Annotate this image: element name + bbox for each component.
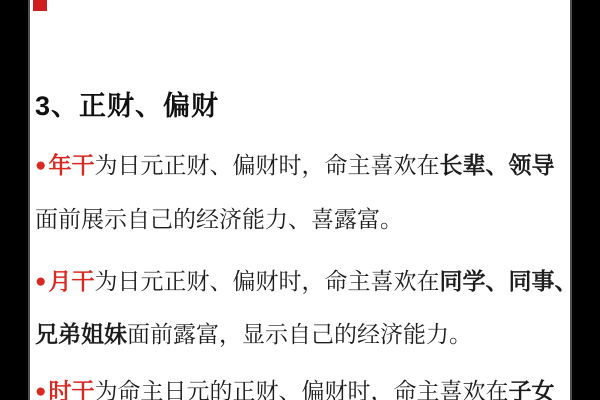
body-text: 为命主日元的正财、偏财时，命主喜欢在 (94, 378, 508, 400)
bullet-icon: ● (35, 155, 46, 176)
bullet1-line2: 面前展示自己的经济能力、喜露富。 (35, 203, 403, 235)
bullet1-line1: ●年干为日元正财、偏财时，命主喜欢在长辈、领导 (35, 149, 554, 182)
emphasis-text: 子女 (508, 378, 554, 400)
body-text: 面前展示自己的经济能力、喜露富。 (35, 206, 403, 232)
page-title: 3、正财、偏财 (35, 84, 219, 123)
term-hour-stem: 时干 (48, 378, 94, 400)
right-black-bar (570, 0, 600, 400)
body-text: 为日元正财、偏财时，命主喜欢在 (94, 268, 439, 294)
term-month-stem: 月干 (48, 268, 94, 294)
emphasis-text: 长辈、领导 (439, 152, 554, 178)
bullet-icon: ● (35, 381, 46, 400)
term-year-stem: 年干 (48, 152, 94, 178)
bullet3-line1: ●时干为命主日元的正财、偏财时，命主喜欢在子女 (35, 375, 554, 400)
bullet2-line1: ●月干为日元正财、偏财时，命主喜欢在同学、同事、 (35, 265, 577, 298)
left-black-bar (0, 0, 30, 400)
emphasis-text: 兄弟姐妹 (35, 321, 127, 347)
body-text: 面前露富，显示自己的经济能力。 (127, 321, 472, 347)
body-text: 为日元正财、偏财时，命主喜欢在 (94, 152, 439, 178)
emphasis-text: 同学、同事、 (439, 268, 577, 294)
bullet-icon: ● (35, 271, 46, 292)
red-square-marker-icon (33, 0, 47, 11)
bullet2-line2: 兄弟姐妹面前露富，显示自己的经济能力。 (35, 318, 472, 350)
